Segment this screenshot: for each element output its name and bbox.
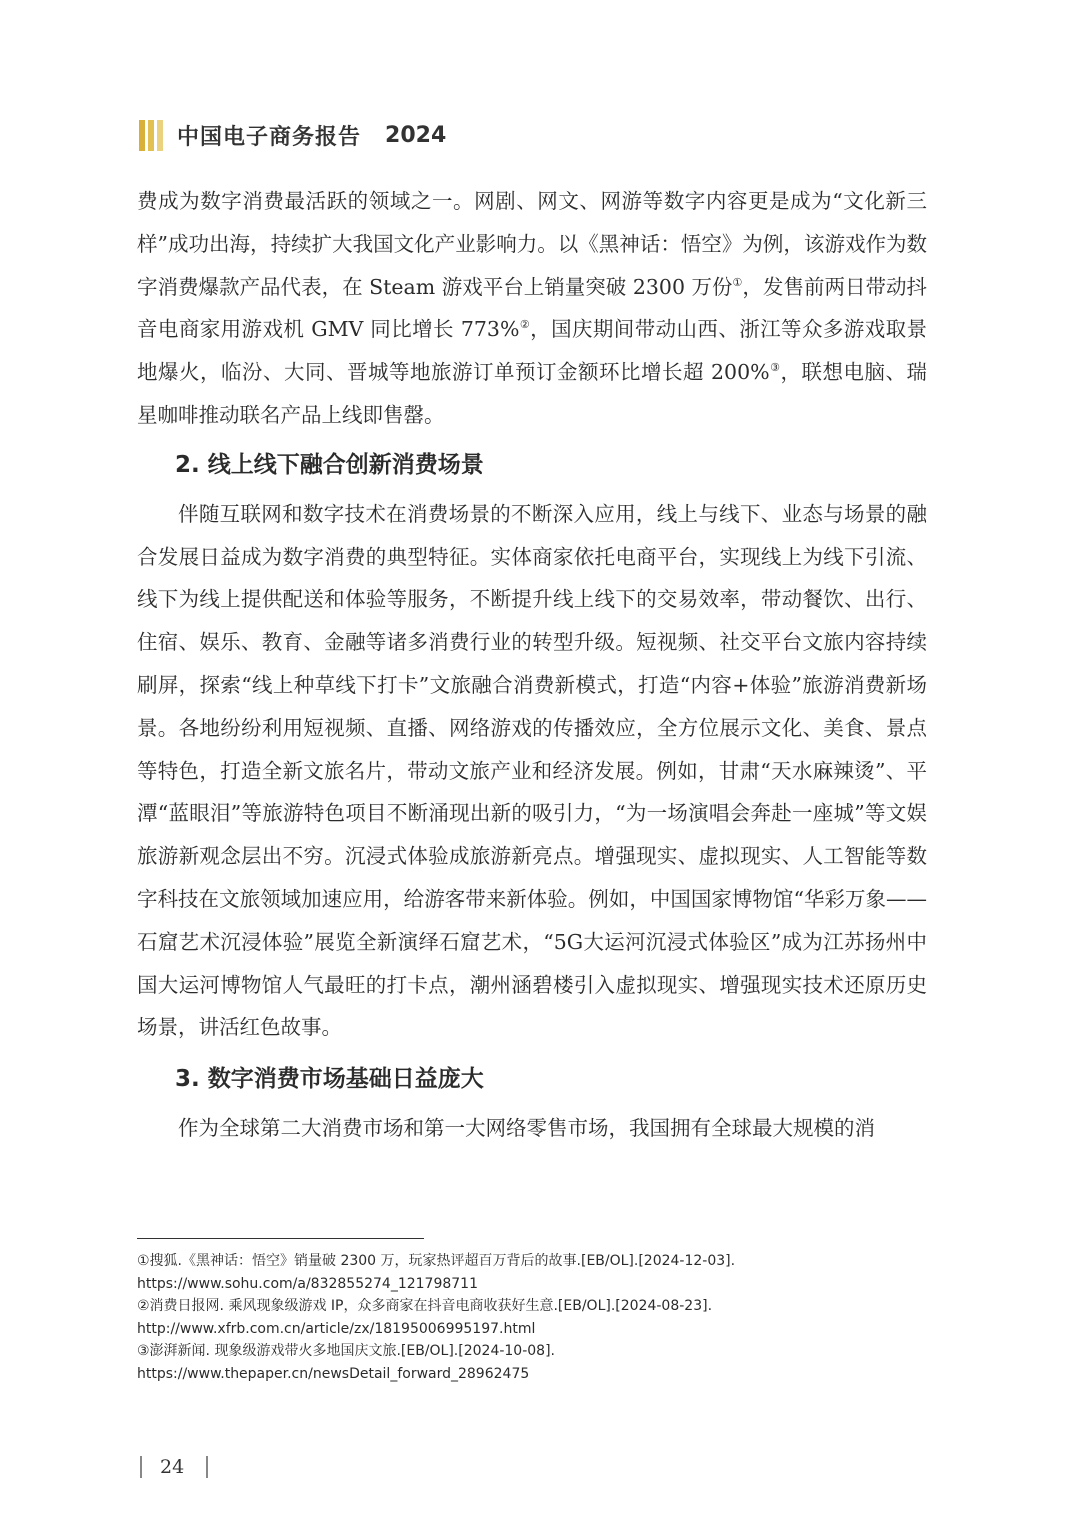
accent-bar-1 xyxy=(139,120,145,151)
footnote-3-url[interactable]: https://www.thepaper.cn/newsDetail_forwa… xyxy=(137,1363,937,1386)
paragraph-continuation: 费成为数字消费最活跃的领域之一。网剧、网文、网游等数字内容更是成为“文化新三样”… xyxy=(137,180,927,437)
accent-bar-3 xyxy=(157,120,163,151)
footnote-1-citation: ①搜狐.《黑神话：悟空》销量破 2300 万，玩家热评超百万背后的故事.[EB/… xyxy=(137,1250,937,1273)
footnote-ref-2[interactable]: ② xyxy=(519,319,530,332)
footnote-2-citation: ②消费日报网. 乘风现象级游戏 IP，众多商家在抖音电商收获好生意.[EB/OL… xyxy=(137,1295,937,1318)
page-number: 24 xyxy=(140,1456,208,1478)
section-heading-3: 3. 数字消费市场基础日益庞大 xyxy=(137,1059,927,1099)
accent-bar-2 xyxy=(148,120,154,151)
footnote-3-citation: ③澎湃新闻. 现象级游戏带火多地国庆文旅.[EB/OL].[2024-10-08… xyxy=(137,1340,937,1363)
header-accent-bars-icon xyxy=(139,120,163,151)
page-body: 费成为数字消费最活跃的领域之一。网剧、网文、网游等数字内容更是成为“文化新三样”… xyxy=(137,180,927,1150)
report-year: 2024 xyxy=(385,123,446,148)
report-header: 中国电子商务报告 2024 xyxy=(139,119,446,151)
section-3-paragraph: 作为全球第二大消费市场和第一大网络零售市场，我国拥有全球最大规模的消 xyxy=(137,1107,927,1150)
footnote-ref-1[interactable]: ① xyxy=(733,276,743,289)
report-title: 中国电子商务报告 xyxy=(177,120,361,151)
page-number-left-bar xyxy=(140,1456,142,1478)
footnote-divider xyxy=(137,1238,424,1239)
section-2-paragraph: 伴随互联网和数字技术在消费场景的不断深入应用，线上与线下、业态与场景的融合发展日… xyxy=(137,493,927,1049)
footnote-ref-3[interactable]: ③ xyxy=(770,361,781,374)
page-number-right-bar xyxy=(206,1456,208,1478)
footnote-1-url[interactable]: https://www.sohu.com/a/832855274_1217987… xyxy=(137,1273,937,1296)
page-number-value: 24 xyxy=(160,1456,184,1478)
footnotes: ①搜狐.《黑神话：悟空》销量破 2300 万，玩家热评超百万背后的故事.[EB/… xyxy=(137,1250,937,1385)
footnote-2-url[interactable]: http://www.xfrb.com.cn/article/zx/181950… xyxy=(137,1318,937,1341)
section-heading-2: 2. 线上线下融合创新消费场景 xyxy=(137,445,927,485)
